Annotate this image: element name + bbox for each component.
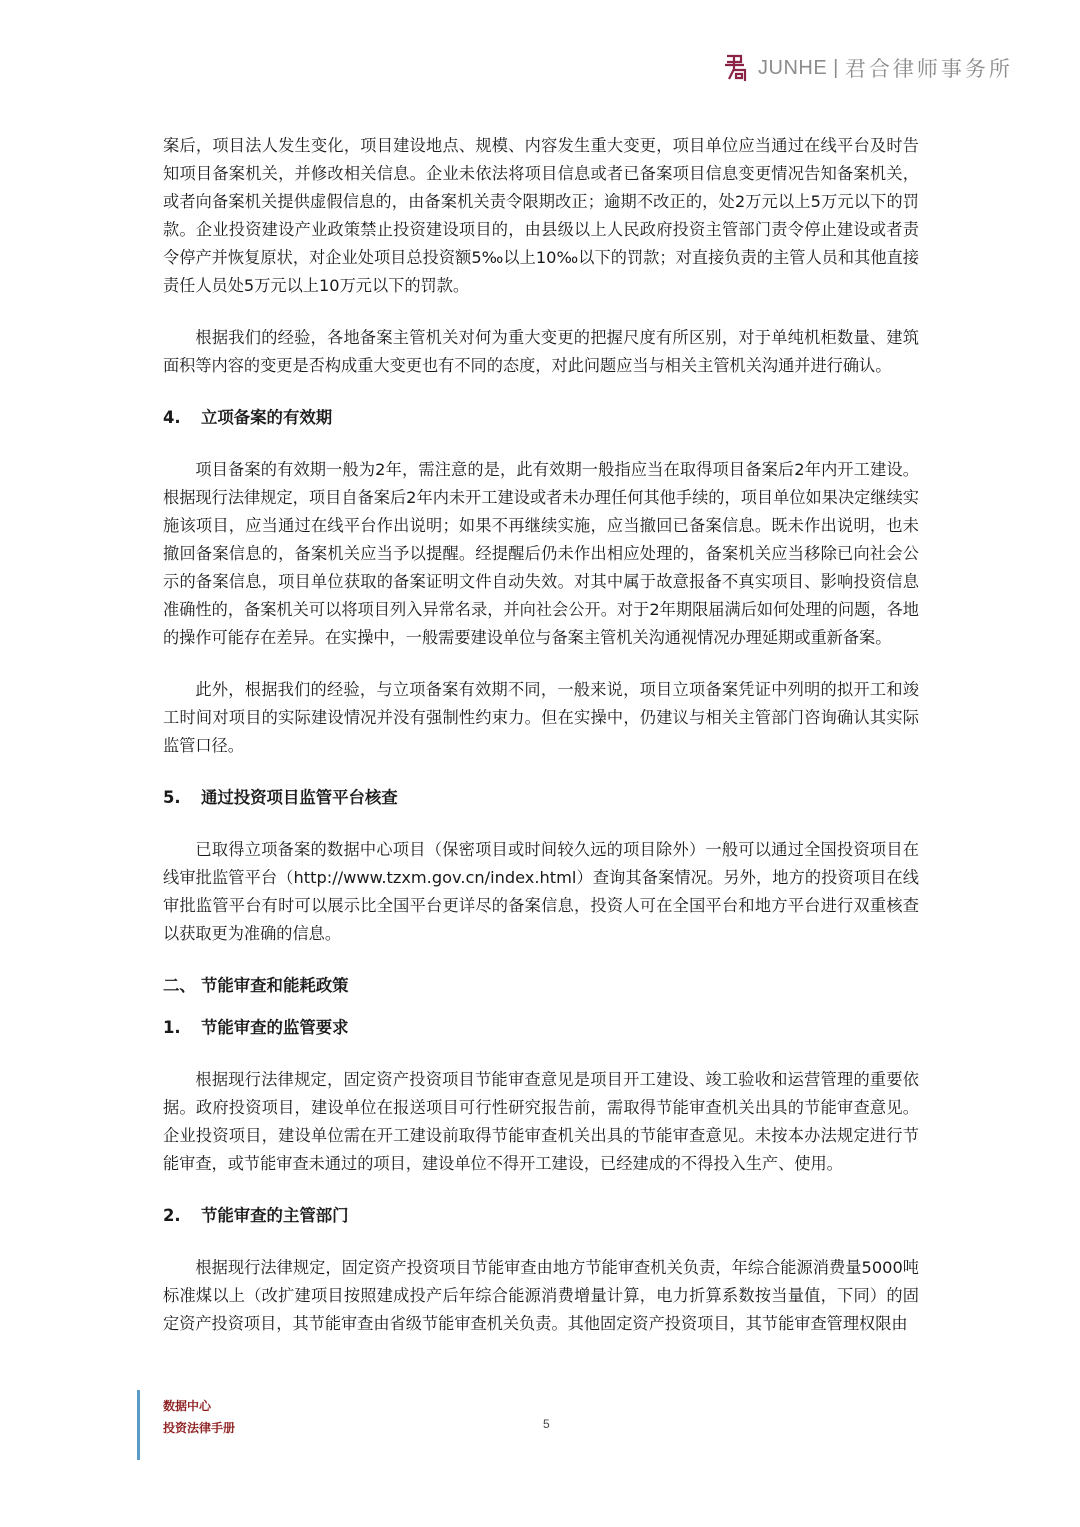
section-heading-1: 1. 节能审查的监管要求 [163,1014,919,1042]
section-heading-2: 2. 节能审查的主管部门 [163,1202,919,1230]
page-number: 5 [543,1417,550,1431]
heading-number: 5. [163,784,201,812]
heading-title: 节能审查和能耗政策 [201,972,349,1000]
heading-number: 4. [163,404,201,432]
brand-name: JUNHE | 君合律师事务所 [758,53,1013,83]
section-heading-5: 5. 通过投资项目监管平台核查 [163,784,919,812]
paragraph-construction-time: 此外，根据我们的经验，与立项备案有效期不同，一般来说，项目立项备案凭证中列明的拟… [163,676,919,760]
brand-cn: 君合律师事务所 [845,53,1013,83]
brand-separator: | [833,57,839,80]
paragraph-energy-review-requirements: 根据现行法律规定，固定资产投资项目节能审查意见是项目开工建设、竣工验收和运营管理… [163,1066,919,1178]
junhe-seal-icon [724,53,748,83]
header-logo: JUNHE | 君合律师事务所 [724,50,1013,86]
heading-number: 1. [163,1014,201,1042]
footer-line-2: 投资法律手册 [163,1417,235,1439]
section-heading-4: 4. 立项备案的有效期 [163,404,919,432]
heading-title: 通过投资项目监管平台核查 [201,784,398,812]
heading-number: 二、 [163,972,201,1000]
paragraph-platform-check: 已取得立项备案的数据中心项目（保密项目或时间较久远的项目除外）一般可以通过全国投… [163,836,919,948]
heading-title: 节能审查的主管部门 [201,1202,349,1230]
document-body: 案后，项目法人发生变化，项目建设地点、规模、内容发生重大变更，项目单位应当通过在… [163,132,919,1338]
footer-title: 数据中心 投资法律手册 [163,1395,235,1439]
paragraph-validity: 项目备案的有效期一般为2年，需注意的是，此有效期一般指应当在取得项目备案后2年内… [163,456,919,652]
heading-title: 节能审查的监管要求 [201,1014,349,1042]
paragraph-major-change-experience: 根据我们的经验，各地备案主管机关对何为重大变更的把握尺度有所区别，对于单纯机柜数… [163,324,919,380]
chapter-heading-2: 二、 节能审查和能耗政策 [163,972,919,1000]
paragraph-energy-review-authority: 根据现行法律规定，固定资产投资项目节能审查由地方节能审查机关负责，年综合能源消费… [163,1254,919,1338]
footer-line-1: 数据中心 [163,1395,235,1417]
heading-title: 立项备案的有效期 [201,404,332,432]
heading-number: 2. [163,1202,201,1230]
footer-accent-bar [137,1390,140,1460]
paragraph-continuation: 案后，项目法人发生变化，项目建设地点、规模、内容发生重大变更，项目单位应当通过在… [163,132,919,300]
brand-en: JUNHE [758,57,827,80]
